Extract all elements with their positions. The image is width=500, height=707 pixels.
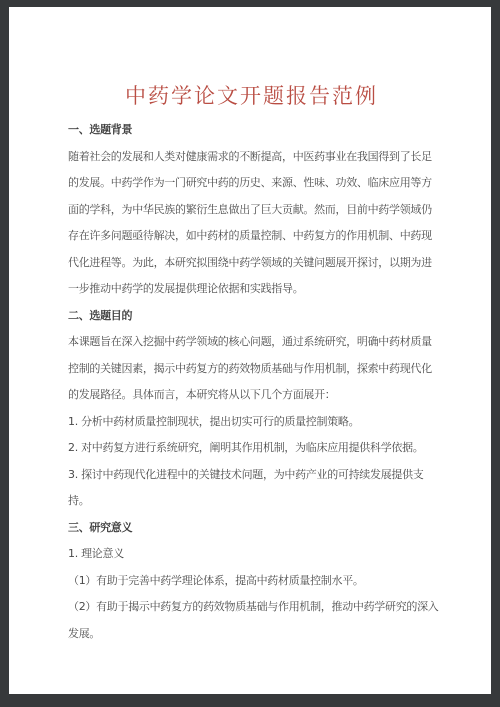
body-line: 一步推动中药学的发展提供理论依据和实践指导。 (68, 276, 435, 303)
body-line: 的发展。中药学作为一门研究中药的历史、来源、性味、功效、临床应用等方 (68, 170, 435, 197)
body-line: 代化进程等。为此，本研究拟围绕中药学领域的关键问题展开探讨，以期为进 (68, 250, 435, 277)
page-title: 中药学论文开题报告范例 (68, 84, 435, 108)
body-line: 本课题旨在深入挖掘中药学领域的核心问题，通过系统研究，明确中药材质量 (68, 329, 435, 356)
section-heading: 二、选题目的 (68, 303, 435, 330)
body-line: （2）有助于揭示中药复方的药效物质基础与作用机制，推动中药学研究的深入 (68, 594, 435, 621)
body-line: 3. 探讨中药现代化进程中的关键技术问题，为中药产业的可持续发展提供支 (68, 462, 435, 489)
body-line: 1. 分析中药材质量控制现状，提出切实可行的质量控制策略。 (68, 409, 435, 436)
body-line: 的发展路径。具体而言，本研究将从以下几个方面展开： (68, 382, 435, 409)
page-frame: 中药学论文开题报告范例 一、选题背景随着社会的发展和人类对健康需求的不断提高，中… (0, 0, 500, 707)
section-heading: 一、选题背景 (68, 117, 435, 144)
document-body: 一、选题背景随着社会的发展和人类对健康需求的不断提高，中医药事业在我国得到了长足… (68, 117, 435, 647)
body-line: 随着社会的发展和人类对健康需求的不断提高，中医药事业在我国得到了长足 (68, 144, 435, 171)
body-line: 发展。 (68, 621, 435, 648)
body-line: 控制的关键因素，揭示中药复方的药效物质基础与作用机制，探索中药现代化 (68, 356, 435, 383)
section-heading: 三、研究意义 (68, 515, 435, 542)
body-line: （1）有助于完善中药学理论体系，提高中药材质量控制水平。 (68, 568, 435, 595)
body-line: 面的学科，为中华民族的繁衍生息做出了巨大贡献。然而，目前中药学领域仍 (68, 197, 435, 224)
document-page: 中药学论文开题报告范例 一、选题背景随着社会的发展和人类对健康需求的不断提高，中… (9, 7, 491, 694)
body-line: 1. 理论意义 (68, 541, 435, 568)
body-line: 存在许多问题亟待解决，如中药材的质量控制、中药复方的作用机制、中药现 (68, 223, 435, 250)
body-line: 持。 (68, 488, 435, 515)
body-line: 2. 对中药复方进行系统研究，阐明其作用机制，为临床应用提供科学依据。 (68, 435, 435, 462)
